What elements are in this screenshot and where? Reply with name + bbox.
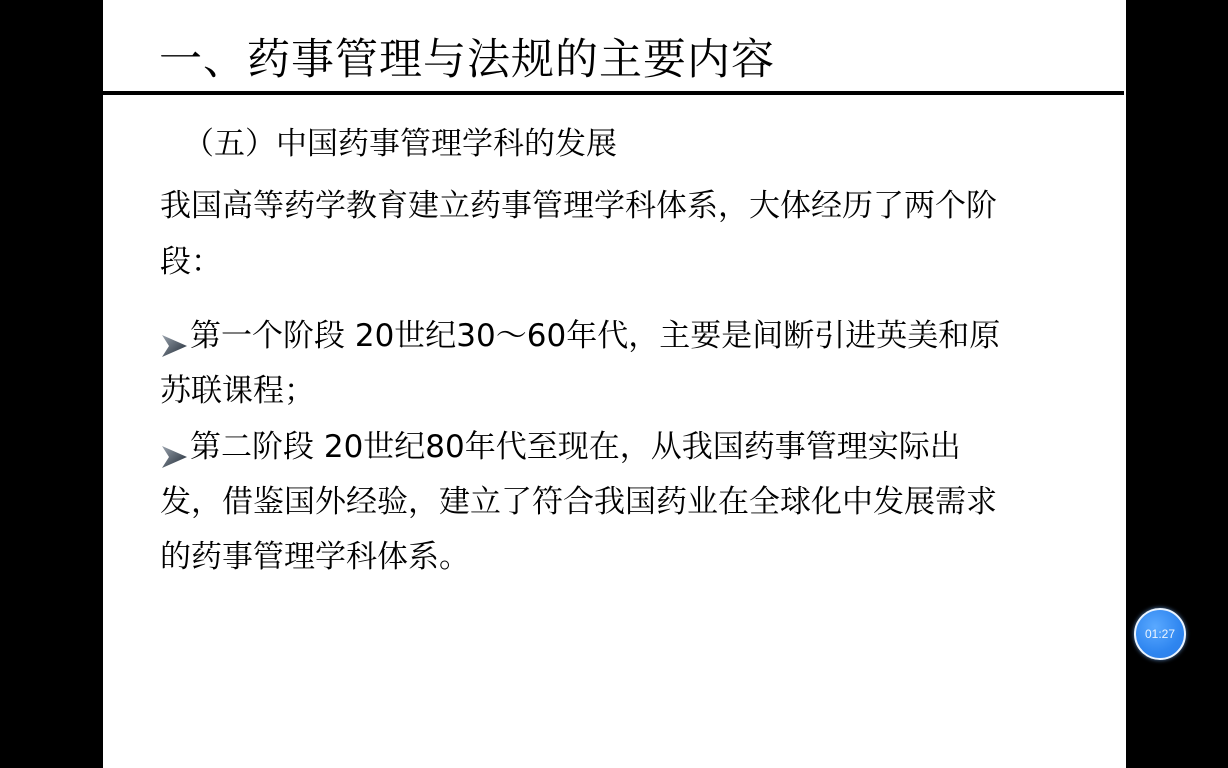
timer-label: 01:27 bbox=[1145, 627, 1175, 641]
arrowhead-bullet-icon bbox=[160, 322, 188, 350]
bullet-2-line-3: 的药事管理学科体系。 bbox=[160, 529, 470, 585]
bullet-item-2: 第二阶段 20世纪80年代至现在，从我国药事管理实际出 bbox=[160, 419, 961, 475]
video-player: 一、药事管理与法规的主要内容 （五）中国药事管理学科的发展 我国高等药学教育建立… bbox=[0, 0, 1228, 768]
bullet-1-line-1: 第一个阶段 20世纪30～60年代，主要是间断引进英美和原 bbox=[190, 308, 1000, 364]
presentation-slide: 一、药事管理与法规的主要内容 （五）中国药事管理学科的发展 我国高等药学教育建立… bbox=[103, 0, 1126, 768]
bullet-2-line-2: 发，借鉴国外经验，建立了符合我国药业在全球化中发展需求 bbox=[160, 474, 997, 530]
intro-line-1: 我国高等药学教育建立药事管理学科体系，大体经历了两个阶 bbox=[160, 178, 997, 234]
bullet-1-line-2: 苏联课程； bbox=[160, 363, 315, 419]
title-divider bbox=[103, 91, 1124, 95]
bullet-2-line-1: 第二阶段 20世纪80年代至现在，从我国药事管理实际出 bbox=[190, 419, 961, 475]
intro-line-2: 段： bbox=[160, 234, 997, 290]
intro-paragraph: 我国高等药学教育建立药事管理学科体系，大体经历了两个阶 段： bbox=[160, 178, 997, 290]
arrowhead-bullet-icon bbox=[160, 433, 188, 461]
slide-title: 一、药事管理与法规的主要内容 bbox=[159, 30, 775, 90]
playback-timer-button[interactable]: 01:27 bbox=[1134, 608, 1186, 660]
bullet-item-1: 第一个阶段 20世纪30～60年代，主要是间断引进英美和原 bbox=[160, 308, 1000, 364]
slide-subheading: （五）中国药事管理学科的发展 bbox=[183, 116, 617, 172]
